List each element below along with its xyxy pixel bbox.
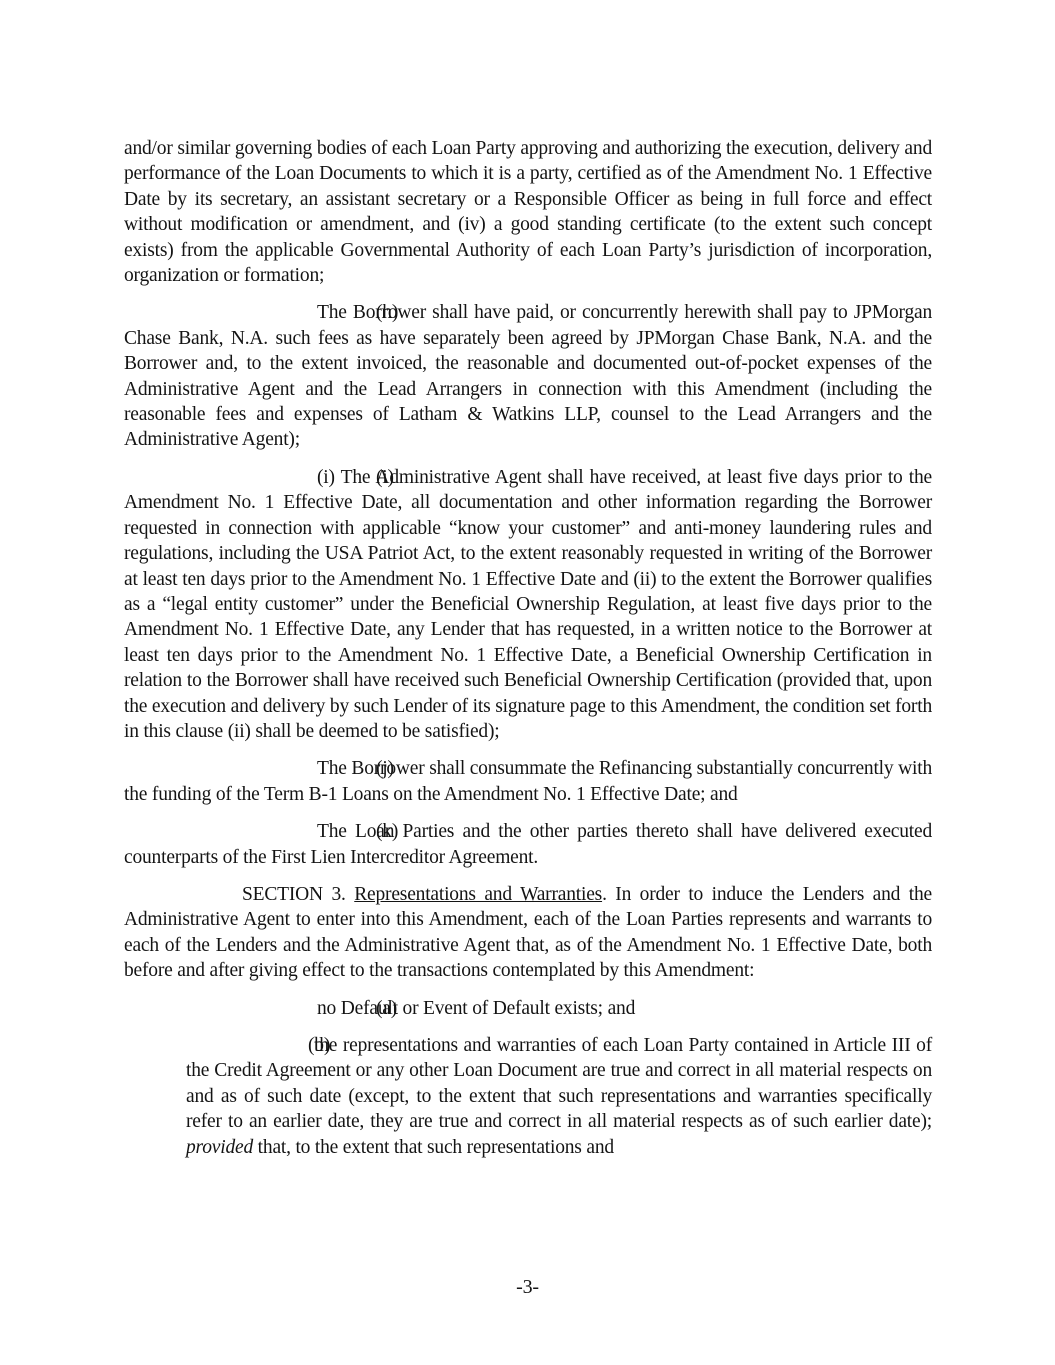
clause-a-label: (a) (250, 996, 317, 1021)
paragraph-clause-j: (j)The Borrower shall consummate the Ref… (124, 756, 932, 807)
clause-k-label: (k) (250, 819, 317, 844)
document-body: and/or similar governing bodies of each … (124, 136, 932, 1172)
paragraph-section-3: SECTION 3. Representations and Warrantie… (124, 882, 932, 984)
clause-h-label: (h) (250, 300, 317, 325)
paragraph-clause-a: (a)no Default or Event of Default exists… (124, 996, 932, 1021)
clause-i-text: (i) The Administrative Agent shall have … (124, 467, 932, 742)
clause-b-text-after: that, to the extent that such representa… (253, 1137, 614, 1158)
clause-k-text: The Loan Parties and the other parties t… (124, 821, 932, 867)
clause-b-provided-term: provided (186, 1137, 253, 1158)
paragraph-clause-k: (k)The Loan Parties and the other partie… (124, 819, 932, 870)
page-number: -3- (0, 1276, 1055, 1299)
clause-i-label: (i) (250, 465, 317, 490)
paragraph-clause-h: (h)The Borrower shall have paid, or conc… (124, 300, 932, 452)
clause-h-text: The Borrower shall have paid, or concurr… (124, 302, 932, 450)
section-3-number: SECTION 3. (242, 884, 346, 905)
clause-j-text: The Borrower shall consummate the Refina… (124, 758, 932, 804)
clause-j-label: (j) (250, 756, 317, 781)
section-3-title: Representations and Warranties (354, 884, 602, 905)
paragraph-clause-b: (b)the representations and warranties of… (186, 1033, 932, 1160)
paragraph-clause-i: (i)(i) The Administrative Agent shall ha… (124, 465, 932, 744)
paragraph-continuation: and/or similar governing bodies of each … (124, 136, 932, 288)
clause-b-label: (b) (247, 1033, 314, 1058)
clause-a-text: no Default or Event of Default exists; a… (317, 998, 635, 1019)
